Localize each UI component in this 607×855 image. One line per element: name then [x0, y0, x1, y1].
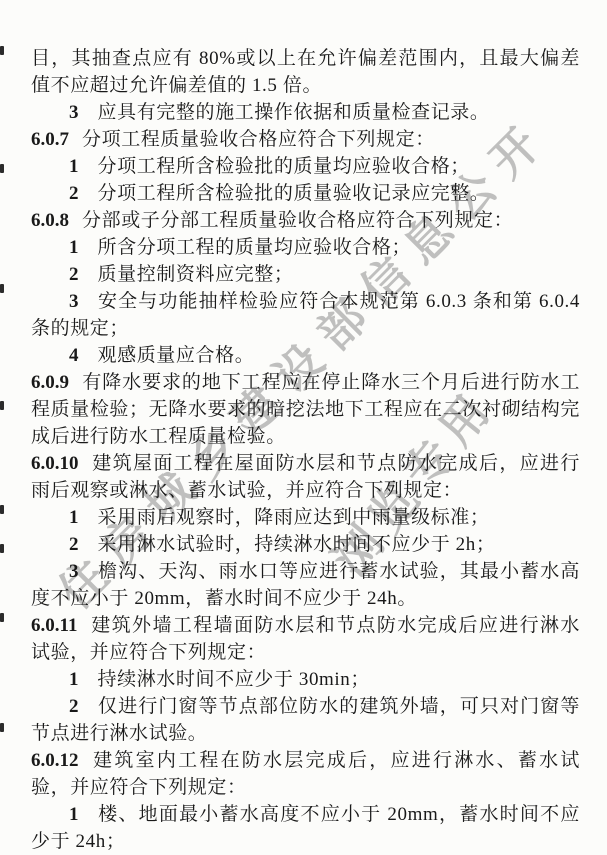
- item-number: 3: [69, 102, 98, 123]
- list-item-paragraph: 4观感质量应合格。: [31, 342, 580, 369]
- scan-artifact: [0, 46, 4, 55]
- scan-artifact: [0, 284, 4, 293]
- scan-artifact: [0, 544, 4, 553]
- item-number: 2: [69, 183, 98, 204]
- clause-number: 6.0.7: [31, 129, 82, 150]
- scanned-document-page: 住房城乡建设部信息公开 浏览专用 目，其抽查点应有 80%或以上在允许偏差范围内…: [0, 0, 607, 855]
- clause-paragraph: 6.0.7分项工程质量验收合格应符合下列规定：: [31, 126, 580, 153]
- clause-number: 6.0.12: [31, 750, 92, 771]
- clause-paragraph: 6.0.9有降水要求的地下工程应在停止降水三个月后进行防水工程质量检验；无降水要…: [31, 369, 580, 450]
- scan-artifact: [0, 723, 4, 732]
- list-item-paragraph: 3应具有完整的施工操作依据和质量检查记录。: [31, 99, 580, 126]
- clause-number: 6.0.9: [31, 372, 82, 393]
- scan-artifact: [0, 613, 4, 622]
- item-number: 1: [69, 156, 98, 177]
- list-item-paragraph: 2质量控制资料应完整；: [31, 261, 580, 288]
- list-item-paragraph: 1持续淋水时间不应少于 30min；: [31, 666, 580, 693]
- clause-paragraph: 6.0.12建筑室内工程在防水层完成后，应进行淋水、蓄水试验，并应符合下列规定：: [31, 747, 580, 801]
- list-item-paragraph: 1采用雨后观察时，降雨应达到中雨量级标准；: [31, 504, 580, 531]
- scan-artifact: [0, 505, 4, 514]
- clause-paragraph: 6.0.8分部或子分部工程质量验收合格应符合下列规定：: [31, 207, 580, 234]
- list-item-paragraph: 1所含分项工程的质量均应验收合格；: [31, 234, 580, 261]
- list-item-paragraph: 3安全与功能抽样检验应符合本规范第 6.0.3 条和第 6.0.4 条的规定；: [31, 288, 580, 342]
- item-number: 2: [69, 696, 98, 717]
- clause-paragraph: 6.0.10建筑屋面工程在屋面防水层和节点防水完成后，应进行雨后观察或淋水、蓄水…: [31, 450, 580, 504]
- clause-number: 6.0.10: [31, 453, 92, 474]
- list-item-paragraph: 2采用淋水试验时，持续淋水时间不应少于 2h；: [31, 531, 580, 558]
- list-item-paragraph: 2分项工程所含检验批的质量验收记录应完整。: [31, 180, 580, 207]
- scan-artifact: [0, 164, 4, 173]
- item-number: 3: [69, 291, 98, 312]
- item-number: 3: [69, 561, 98, 582]
- clause-number: 6.0.8: [31, 210, 82, 231]
- continuation-paragraph: 目，其抽查点应有 80%或以上在允许偏差范围内，且最大偏差值不应超过允许偏差值的…: [31, 45, 580, 99]
- item-number: 4: [69, 345, 98, 366]
- document-body: 目，其抽查点应有 80%或以上在允许偏差范围内，且最大偏差值不应超过允许偏差值的…: [31, 45, 580, 855]
- list-item-paragraph: 1楼、地面最小蓄水高度不应小于 20mm，蓄水时间不应少于 24h；: [31, 801, 580, 855]
- list-item-paragraph: 2仅进行门窗等节点部位防水的建筑外墙，可只对门窗等节点进行淋水试验。: [31, 693, 580, 747]
- item-number: 2: [69, 534, 98, 555]
- list-item-paragraph: 1分项工程所含检验批的质量均应验收合格；: [31, 153, 580, 180]
- clause-paragraph: 6.0.11建筑外墙工程墙面防水层和节点防水完成后应进行淋水试验，并应符合下列规…: [31, 612, 580, 666]
- item-number: 1: [69, 237, 98, 258]
- item-number: 1: [69, 804, 98, 825]
- item-number: 2: [69, 264, 98, 285]
- scan-artifact: [0, 401, 4, 410]
- item-number: 1: [69, 507, 98, 528]
- clause-number: 6.0.11: [31, 615, 90, 636]
- list-item-paragraph: 3檐沟、天沟、雨水口等应进行蓄水试验，其最小蓄水高度不应小于 20mm，蓄水时间…: [31, 558, 580, 612]
- item-number: 1: [69, 669, 98, 690]
